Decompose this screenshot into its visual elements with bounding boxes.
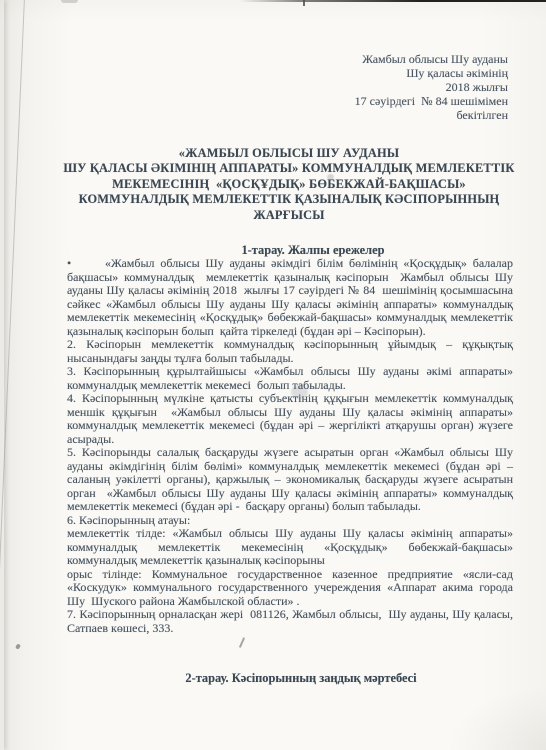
- scan-top-smudge: [61, 0, 78, 3]
- bullet-marker: •: [67, 257, 105, 271]
- paragraph-text: «Жамбыл облысы Шу ауданы әкімдігі білім …: [67, 256, 513, 338]
- scan-left-edge-shadow: [0, 0, 4, 750]
- approval-line: Шу қаласы әкімінің: [355, 66, 508, 80]
- title-line: ЖАРҒЫСЫ: [44, 208, 534, 223]
- paragraph: мемлекеттік тілде: «Жамбыл облысы Шу ауд…: [67, 527, 513, 568]
- section-2-heading: 2-тарау. Кәсіпорынның заңдық мәртебесі: [78, 671, 524, 686]
- pen-stroke-mark: [239, 637, 245, 648]
- paragraph: 2. Кәсіпорын мемлекеттік коммуналдық кәс…: [67, 338, 513, 365]
- title-line: МЕКЕМЕСІНІҢ «ҚОСҚҰДЫҚ» БӨБЕКЖАЙ-БАҚШАСЫ»: [44, 177, 534, 192]
- document-title: «ЖАМБЫЛ ОБЛЫСЫ ШУ АУДАНЫ ШУ ҚАЛАСЫ ӘКІМІ…: [44, 146, 534, 223]
- approval-line: 2018 жылғы: [355, 80, 508, 94]
- paragraph: 4. Кәсіпорынның мүлкіне қатысты субъекті…: [67, 392, 513, 446]
- title-line: КОММУНАЛДЫҚ МЕМЛЕКЕТТІК ҚАЗЫНАЛЫҚ КӘСІПО…: [44, 192, 534, 207]
- ink-speck: [15, 643, 21, 649]
- approval-line: 17 сәуірдегі № 84 шешімімен: [355, 94, 508, 108]
- title-line: «ЖАМБЫЛ ОБЛЫСЫ ШУ АУДАНЫ: [44, 146, 534, 161]
- paragraph: орыс тілінде: Коммунальное государственн…: [67, 568, 513, 609]
- paragraph: 3. Кәсіпорынның құрылтайшысы «Жамбыл обл…: [67, 365, 513, 392]
- title-line: ШУ ҚАЛАСЫ ӘКІМІНІҢ АППАРАТЫ» КОММУНАЛДЫҚ…: [44, 161, 534, 176]
- approval-block: Жамбыл облысы Шу ауданы Шу қаласы әкімін…: [355, 52, 508, 122]
- paragraph: 7. Кәсіпорынның орналасқан жері 081126, …: [67, 608, 513, 635]
- approval-line: бекітілген: [355, 108, 508, 122]
- document-body: •«Жамбыл облысы Шу ауданы әкімдігі білім…: [67, 257, 513, 635]
- paragraph: •«Жамбыл облысы Шу ауданы әкімдігі білім…: [67, 257, 513, 338]
- approval-line: Жамбыл облысы Шу ауданы: [355, 52, 508, 66]
- paragraph: 6. Кәсіпорынның атауы:: [67, 514, 513, 528]
- scan-top-edge-line: [240, 0, 546, 2]
- scan-top-tick-mark: [303, 0, 305, 6]
- scanned-document-page: Жамбыл облысы Шу ауданы Шу қаласы әкімін…: [0, 0, 546, 750]
- paragraph: 5. Кәсіпорынды салалық басқаруды жүзеге …: [67, 446, 513, 514]
